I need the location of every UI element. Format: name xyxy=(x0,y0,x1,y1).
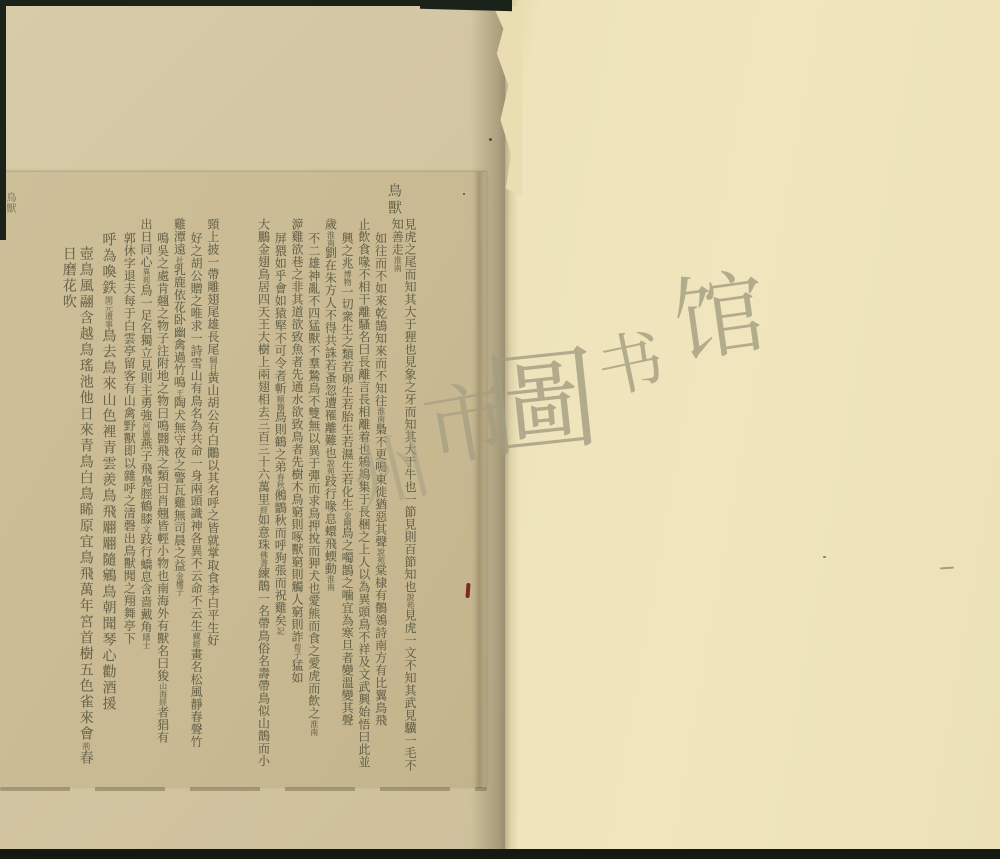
quotation-text: 雞潭遠 xyxy=(172,218,186,256)
quotation-text: 跂行蟜息含啬戴角 xyxy=(139,533,153,633)
manuscript-column: 興之兆博物一切衆生之類若卵生若胎生若濕生若化生金剛鳥之噣鵲之噛宜為寒旦者變溫變其… xyxy=(340,232,353,778)
manuscript-column: 如往而不如來乾鵠知來而不知往淮南梟不更鳴東徙猶惡其聲說苑棠棣有鶺鴒詩南方有比翼鳥… xyxy=(374,232,387,778)
source-citation: 說苑 xyxy=(377,548,386,564)
quotation-text: 鳴吳之處肯翹之物子注附地之物曰鳴翾飛之類曰肖翹皆輕小物也 xyxy=(156,232,170,582)
source-citation: 隱士 xyxy=(142,633,151,649)
source-citation: 佛書 xyxy=(260,551,269,567)
source-citation: 淮南 xyxy=(377,407,386,423)
leaf-edge-title: 鳥獸 xyxy=(2,192,17,214)
quotation-text: 劉在朱方人不得共誅若蚤忽遭罹離難也 xyxy=(323,247,337,460)
quotation-text: 南海外有獸名曰狻 xyxy=(156,582,170,682)
source-citation: 順籍 xyxy=(276,395,285,411)
manuscript-column: 見虎之尾而知其大于狸也見象之牙而知其大于牛也一節見則百節知也說苑見虎一文不知其武… xyxy=(391,218,416,778)
manuscript-column: 鳴吳之處肯翹之物子注附地之物曰鳴翾飛之類曰肖翹皆輕小物也南海外有獸名曰狻山海經者… xyxy=(156,232,169,778)
paper-speck xyxy=(463,193,465,195)
quotation-text: 興之兆 xyxy=(340,232,354,270)
source-citation: 河圖 xyxy=(142,422,151,438)
quotation-text: 梟不更鳴東徙猶惡其聲 xyxy=(374,423,388,548)
section-title: 鳥獸 xyxy=(384,183,404,217)
source-citation: 金樓子 xyxy=(175,572,184,596)
source-citation: 王 xyxy=(175,389,184,397)
quotation-text: 好之胡公贈之唯求一詩 xyxy=(189,232,203,357)
manuscript-column: 㴑雞欲巷之非其道欲致魚者先通水欲致鳥者先樹木鳥窮則啄獸窮則觸人窮則詐荀子猛如 xyxy=(290,218,303,778)
source-citation: 淮南 xyxy=(326,231,335,247)
manuscript-column: 呼為喚鉄開元遺事鳥去鳥來山色裡青雲羨鳥飛翢翢隨鵷鳥朝聞琴心勸酒援 xyxy=(100,232,117,778)
quotation-text: 瑤池他日來青鳥 xyxy=(78,358,94,470)
quotation-text: 鳥去鳥來山色裡 xyxy=(101,328,117,440)
quotation-text: 萬年宮首樹五色雀來會 xyxy=(78,582,94,742)
quotation-text: 朝聞琴心勸酒援 xyxy=(101,600,117,712)
manuscript-column: 屏猥如乎會如猿㹂不可令者斬順籍鳥則鶴之弟春秋鵂鶹秋而呼狗張而祝雞矣記 xyxy=(274,232,287,778)
quotation-text: 郭休字退夫每于白雲亭留客有山禽野獸即以雜呼之清磬出鳥獸聞之翔舞亭下 xyxy=(122,232,136,645)
source-citation: 淮南 xyxy=(393,256,402,272)
quotation-text: 青雲羨鳥飛 xyxy=(101,440,117,520)
source-citation: 記 xyxy=(276,627,285,635)
quotation-text: 白鳥睎原宜鳥飛 xyxy=(78,470,94,582)
source-citation: 經 xyxy=(260,506,269,514)
source-citation: 淮南 xyxy=(310,720,319,736)
source-citation: 荀子 xyxy=(293,643,302,659)
manuscript-columns: 見虎之尾而知其大于狸也見象之牙而知其大于牛也一節見則百節知也說苑見虎一文不知其武… xyxy=(8,218,420,778)
source-citation: 開元遺事 xyxy=(105,296,114,328)
manuscript-column: 壺鳥風翮含越鳥瑤池他日來青鳥白鳥睎原宜鳥飛萬年宮首樹五色雀來會荊春日磨花吹 xyxy=(60,246,94,778)
manuscript-column: 大鵬金翅鳥居四天王大樹上兩翅相去三百三十六萬里經如意珠佛書練鵲一名帶鳥俗名壽帶鳥… xyxy=(257,218,270,778)
quotation-text: 雪山有鳥名為共命一身兩頭識神各異不云命不云生 xyxy=(189,357,203,632)
quotation-text: 鳥則鶴之弟 xyxy=(273,411,287,474)
manuscript-column: 不二雄神亂不四猛獸不羣鷙鳥不雙無以異于彈而求鳥押挩而狎犬也愛熊而食之愛虎而飲之淮… xyxy=(307,232,320,778)
paper-speck xyxy=(489,138,492,141)
quotation-text: 一切衆生之類若卵生若胎生若濕生若化生 xyxy=(340,286,354,511)
quotation-text: 陶犬無守夜之警瓦雞無司晨之益 xyxy=(172,397,186,572)
source-citation: 文 xyxy=(142,525,151,533)
quotation-text: 出日同心 xyxy=(139,218,153,268)
quotation-text: 大鵬金翅鳥居四天王大樹上兩翅相去三百三十六萬里 xyxy=(257,218,271,506)
manuscript-column: 雞潭遠社乳鹿依花卧幽禽過竹鳴王陶犬無守夜之警瓦雞無司晨之益金樓子 xyxy=(173,218,186,778)
source-citation: 說苑 xyxy=(326,459,335,475)
source-citation: 說苑 xyxy=(406,593,415,609)
quotation-text: 見虎之尾而知其大于狸也見象之牙而知其大于牛也一節見則百節知也 xyxy=(403,218,417,593)
source-citation: 社 xyxy=(175,256,184,264)
paper-speck xyxy=(823,556,826,558)
quotation-text: 跂行喙息蠉飛蝡動 xyxy=(323,475,337,575)
source-citation: 博物 xyxy=(343,270,352,286)
manuscript-column: 止飲食喙不相干離騷名曰長離言長相離着也鴸鴂集于長梱之上人以為異頭鳥不祥及文武興始… xyxy=(357,218,370,778)
source-citation: 淮南 xyxy=(326,575,335,591)
quotation-text: 屏猥如乎會如猿㹂不可令者斬 xyxy=(273,232,287,395)
sheet-bottom-edge xyxy=(0,787,487,791)
quotation-text: 乳鹿依花卧幽禽過竹鳴 xyxy=(172,264,186,389)
quotation-text: 止飲食喙不相干離騷名曰長離言長相離着也鴸鴂集于長梱之上人以為異頭鳥不祥及文武興始… xyxy=(357,218,371,768)
quotation-text: 頸上披一帶雕翅尾雄長尾 xyxy=(206,218,220,356)
quotation-text: 棠棣有鶺鴒詩南方有比翼鳥飛 xyxy=(374,564,388,727)
source-citation: 藏經 xyxy=(192,632,201,648)
manuscript-column: 郭休字退夫每于白雲亭留客有山禽野獸即以雜呼之清磬出鳥獸聞之翔舞亭下 xyxy=(123,232,136,778)
source-citation: 異苑 xyxy=(142,268,151,284)
source-citation: 荊 xyxy=(82,742,91,750)
quotation-text: 燕子飛鳧脛鶴膝 xyxy=(139,438,153,526)
manuscript-column: 歲淮南劉在朱方人不得共誅若蚤忽遭罹離難也說苑跂行喙息蠉飛蝡動淮南 xyxy=(324,218,337,778)
quotation-text: 黃山胡公有白鷳以其名呼之皆就掌取食李白平生好 xyxy=(206,372,220,647)
source-citation: 山海經 xyxy=(159,682,168,706)
backdrop-edge-bottom xyxy=(0,849,1000,859)
quotation-text: 風翮含越鳥 xyxy=(78,278,94,358)
quotation-text: 呼為喚鉄 xyxy=(101,232,117,296)
manuscript-column: 頸上披一帶雕翅尾雄長尾綱目黃山胡公有白鷳以其名呼之皆就掌取食李白平生好 xyxy=(206,218,219,778)
quotation-text: 㴑雞欲巷之非其道欲致魚者先通水欲致鳥者先樹木鳥窮則啄獸窮則觸人窮則詐 xyxy=(290,218,304,643)
quotation-text: 壺鳥 xyxy=(78,246,94,278)
quotation-text: 如意珠 xyxy=(257,514,271,552)
quotation-text: 如往而不如來乾鵠知來而不知往 xyxy=(374,232,388,407)
quotation-text: 者猖有 xyxy=(156,706,170,744)
quotation-text: 鵂鶹秋而呼狗張而祝雞矣 xyxy=(273,489,287,627)
quotation-text: 翢翢隨鵷鳥 xyxy=(101,520,117,600)
quotation-text: 猛如 xyxy=(290,659,304,684)
quotation-text: 畫名松風靜春聲竹 xyxy=(189,648,203,748)
manuscript-column: 出日同心異苑鳥一足名獨立見則主勇強河圖燕子飛鳧脛鶴膝文跂行蟜息含啬戴角隱士 xyxy=(139,218,152,778)
manuscript-column: 好之胡公贈之唯求一詩雪山有鳥名為共命一身兩頭識神各異不云命不云生藏經畫名松風靜春… xyxy=(189,232,202,778)
source-citation: 綱目 xyxy=(209,356,218,372)
quotation-text: 歲 xyxy=(323,218,337,231)
quotation-text: 鳥之噣鵲之噛宜為寒旦者變溫變其聲 xyxy=(340,527,354,727)
quotation-text: 鳥一足名獨立見則主勇強 xyxy=(139,284,153,422)
right-page xyxy=(505,0,1000,852)
quotation-text: 練鵲一名帶鳥俗名壽帶鳥似山鵲而小 xyxy=(257,567,271,767)
source-citation: 春秋 xyxy=(276,473,285,489)
photo-backdrop: { "document": { "left_page": { "section_… xyxy=(0,0,1000,859)
quotation-text: 不二雄神亂不四猛獸不羣鷙鳥不雙無以異于彈而求鳥押挩而狎犬也愛熊而食之愛虎而飲之 xyxy=(307,232,321,720)
source-citation: 金剛 xyxy=(343,511,352,527)
